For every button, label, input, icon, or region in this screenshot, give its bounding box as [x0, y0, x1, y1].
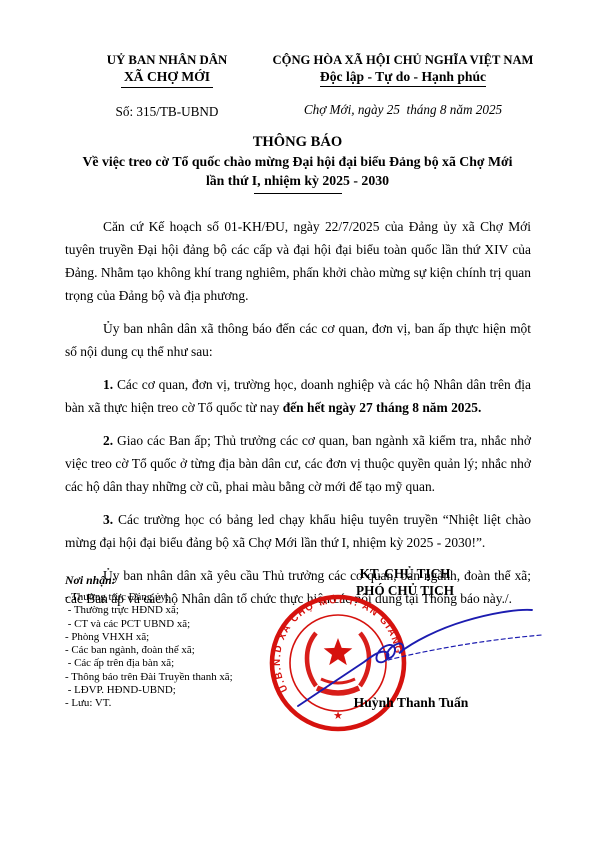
body-paragraph-1: Căn cứ Kế hoạch số 01-KH/ĐU, ngày 22/7/2… — [65, 215, 531, 307]
recipient-item: - Thường trực Đảng ủy; — [65, 591, 233, 604]
recipient-item: - Các ban ngành, đoàn thể xã; — [65, 644, 233, 657]
national-title: CỘNG HÒA XÃ HỘI CHỦ NGHĨA VIỆT NAM — [266, 52, 540, 68]
item-1-deadline: đến hết ngày 27 tháng 8 năm 2025. — [283, 400, 482, 415]
document-title: THÔNG BÁO — [0, 133, 595, 152]
item-1-number: 1. — [103, 377, 113, 392]
signer-name: Huỳnh Thanh Tuấn — [300, 695, 522, 711]
item-2-number: 2. — [103, 433, 113, 448]
document-number: Số: 315/TB-UBND — [63, 104, 271, 120]
recipient-item: - Phòng VHXH xã; — [65, 631, 233, 644]
item-2-text: Giao các Ban ấp; Thủ trưởng các cơ quan,… — [65, 433, 531, 494]
recipient-item: - LĐVP. HĐND-UBND; — [65, 684, 233, 697]
recipient-item: - Các ấp trên địa bàn xã; — [65, 657, 233, 670]
header-national-motto: CỘNG HÒA XÃ HỘI CHỦ NGHĨA VIỆT NAM Độc l… — [266, 52, 540, 118]
document-title-block: THÔNG BÁO Về việc treo cờ Tổ quốc chào m… — [0, 133, 595, 194]
document-subtitle-line2: lần thứ I, nhiệm kỳ 2025 - 2030 — [0, 171, 595, 190]
header-issuing-authority: UỶ BAN NHÂN DÂN XÃ CHỢ MỚI Số: 315/TB-UB… — [63, 52, 271, 120]
authority-line1: UỶ BAN NHÂN DÂN — [63, 52, 271, 68]
signer-authority-line: KT. CHỦ TỊCH — [285, 566, 525, 583]
item-3-number: 3. — [103, 512, 113, 527]
recipient-item: - Lưu: VT. — [65, 697, 233, 710]
item-3-text: Các trường học có bảng led chạy khẩu hiệ… — [65, 512, 531, 550]
title-underline — [254, 193, 342, 194]
national-motto: Độc lập - Tự do - Hạnh phúc — [320, 68, 486, 87]
recipients-heading: Nơi nhận: — [65, 573, 233, 588]
place-date-line: Chợ Mới, ngày 25 tháng 8 năm 2025 — [266, 102, 540, 118]
recipient-item: - CT và các PCT UBND xã; — [65, 618, 233, 631]
recipient-item: - Thông báo trên Đài Truyền thanh xã; — [65, 671, 233, 684]
recipient-item: - Thường trực HĐND xã; — [65, 604, 233, 617]
recipients-block: Nơi nhận: - Thường trực Đảng ủy; - Thườn… — [65, 573, 233, 711]
body-item-3: 3. Các trường học có bảng led chạy khẩu … — [65, 508, 531, 554]
authority-line2: XÃ CHỢ MỚI — [63, 68, 271, 85]
body-paragraph-2: Ủy ban nhân dân xã thông báo đến các cơ … — [65, 317, 531, 363]
body-item-2: 2. Giao các Ban ấp; Thủ trưởng các cơ qu… — [65, 429, 531, 498]
body-item-1: 1. Các cơ quan, đơn vị, trường học, doan… — [65, 373, 531, 419]
document-page: UỶ BAN NHÂN DÂN XÃ CHỢ MỚI Số: 315/TB-UB… — [0, 0, 595, 842]
document-subtitle-line1: Về việc treo cờ Tổ quốc chào mừng Đại hộ… — [0, 152, 595, 171]
document-body: Căn cứ Kế hoạch số 01-KH/ĐU, ngày 22/7/2… — [65, 215, 531, 620]
authority-underline — [121, 87, 213, 88]
